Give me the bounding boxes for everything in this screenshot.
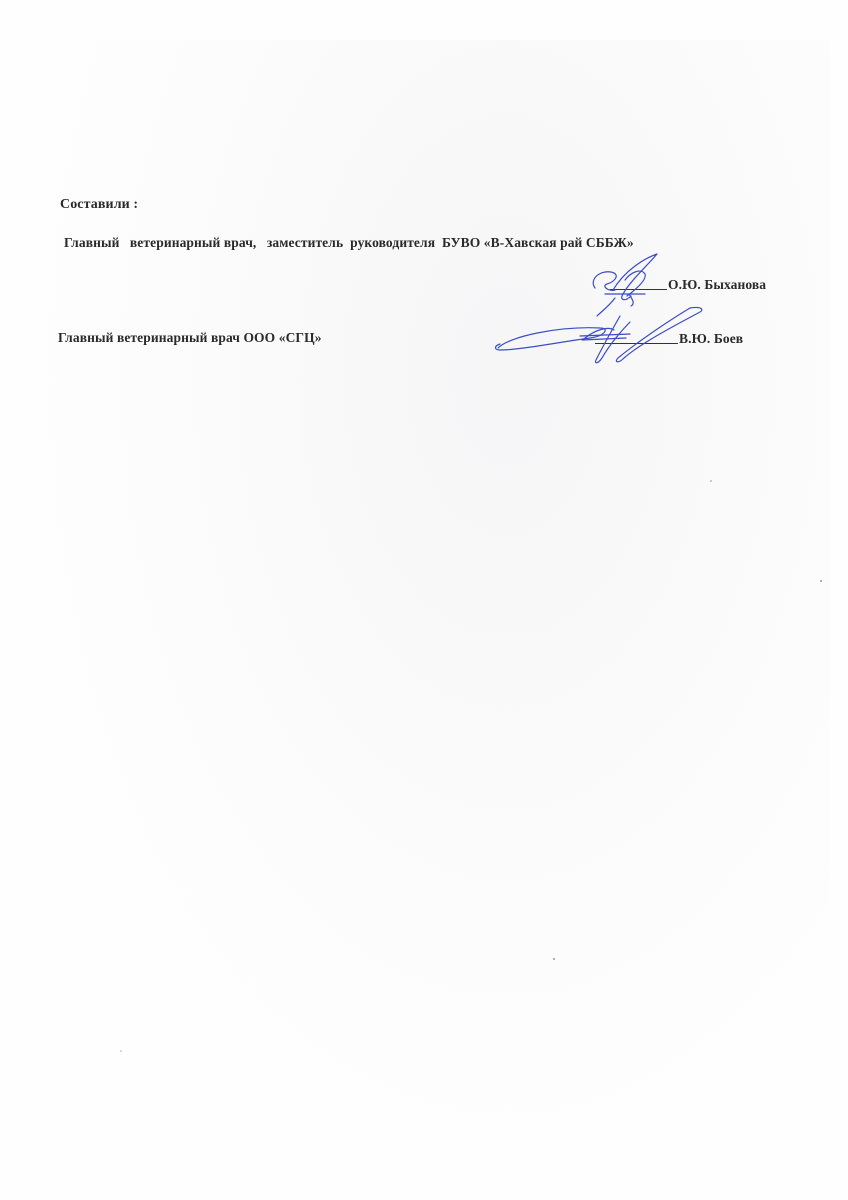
scan-background — [20, 40, 830, 1160]
scanned-page: Составили : Главный ветеринарный врач, з… — [0, 0, 848, 1200]
signature-line-1 — [610, 289, 667, 290]
scan-speck — [710, 480, 712, 482]
signatory-2-role: Главный ветеринарный врач ООО «СГЦ» — [58, 330, 322, 346]
scan-speck — [120, 1050, 122, 1052]
scan-speck — [553, 958, 555, 960]
compilers-heading: Составили : — [60, 197, 138, 213]
scan-speck — [820, 580, 822, 582]
signature-line-2 — [595, 343, 678, 344]
signatory-1-name: О.Ю. Быханова — [668, 277, 766, 293]
signatory-1-role: Главный ветеринарный врач, заместитель р… — [64, 235, 634, 251]
signatory-2-name: В.Ю. Боев — [679, 331, 743, 347]
